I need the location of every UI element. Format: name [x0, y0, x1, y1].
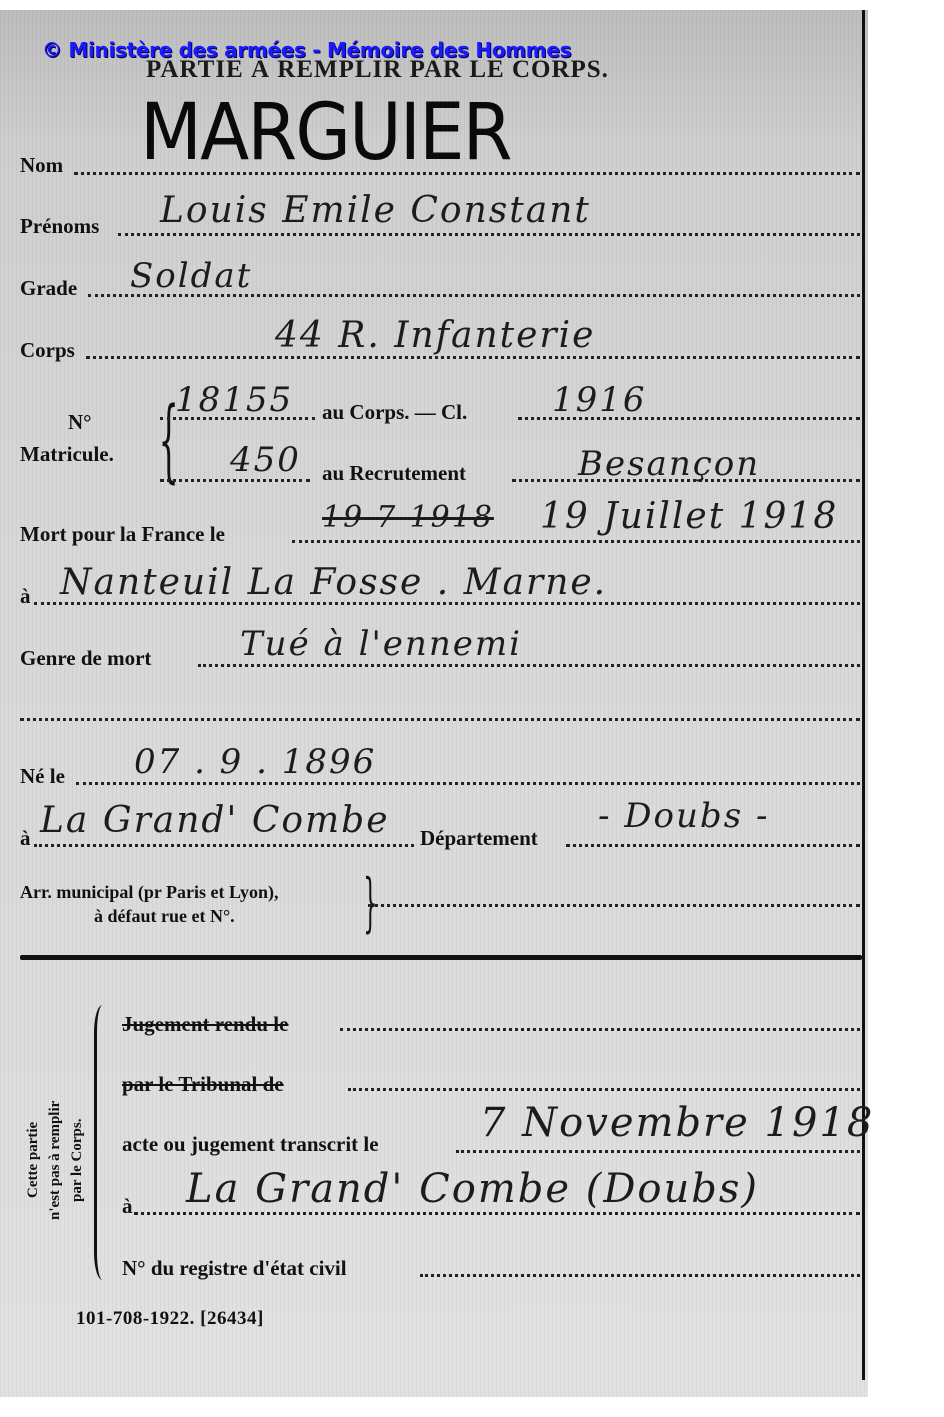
- lieu-mort-value: Nanteuil La Fosse . Marne.: [60, 562, 607, 603]
- arrondissement-brace: }: [363, 866, 377, 940]
- transcrit-label: acte ou jugement transcrit le: [122, 1132, 379, 1157]
- grade-label: Grade: [20, 276, 77, 301]
- transcrit-line: [456, 1150, 860, 1153]
- card-border-line: [862, 10, 865, 1380]
- judgement-brace: [94, 1005, 111, 1280]
- side-note: Cette partie n'est pas à remplir par le …: [22, 1050, 102, 1270]
- matricule-recrutement-value: 450: [230, 440, 301, 480]
- matricule-corps-label: au Corps. — Cl.: [322, 400, 467, 425]
- tribunal-label: par le Tribunal de: [122, 1072, 284, 1097]
- prenoms-label: Prénoms: [20, 214, 99, 239]
- classe-value: 1916: [552, 380, 647, 420]
- section-divider: [20, 955, 862, 960]
- genre-mort-line: [198, 664, 860, 667]
- side-note-line3: par le Corps.: [66, 1050, 88, 1270]
- departement-label: Département: [420, 826, 538, 851]
- arrondissement-label-line2: à défaut rue et N°.: [94, 906, 235, 927]
- nom-label: Nom: [20, 153, 63, 178]
- arrondissement-line: [368, 904, 860, 907]
- naissance-line: [76, 782, 860, 785]
- tribunal-line: [348, 1088, 860, 1091]
- jugement-line: [340, 1028, 860, 1031]
- corps-line: [86, 356, 860, 359]
- registre-line: [420, 1274, 860, 1277]
- registre-label: N° du registre d'état civil: [122, 1256, 347, 1281]
- side-note-line2: n'est pas à remplir: [44, 1050, 66, 1270]
- jugement-label: Jugement rendu le: [122, 1012, 288, 1037]
- naissance-label: Né le: [20, 764, 65, 789]
- lieu-naissance-label: à: [20, 826, 31, 851]
- genre-mort-label: Genre de mort: [20, 646, 151, 671]
- recrutement-place-value: Besançon: [578, 444, 760, 484]
- side-note-line1: Cette partie: [22, 1050, 44, 1270]
- transcrit-lieu-value: La Grand' Combe (Doubs): [186, 1166, 759, 1212]
- transcrit-value: 7 Novembre 1918: [480, 1100, 874, 1146]
- transcrit-lieu-label: à: [122, 1194, 133, 1219]
- recrutement-label: au Recrutement: [322, 461, 466, 486]
- matricule-no-label: N°: [68, 410, 92, 435]
- transcrit-lieu-line: [134, 1212, 860, 1215]
- prenoms-value: Louis Emile Constant: [160, 190, 591, 231]
- matricule-corps-value: 18155: [175, 380, 293, 420]
- departement-line: [566, 844, 860, 847]
- departement-value: - Doubs -: [598, 796, 769, 836]
- form-reference: 101-708-1922. [26434]: [76, 1308, 264, 1330]
- lieu-mort-label: à: [20, 584, 31, 609]
- mort-value: 19 Juillet 1918: [540, 496, 838, 537]
- copyright-watermark: © Ministère des armées - Mémoire des Hom…: [42, 38, 571, 62]
- corps-value: 44 R. Infanterie: [275, 315, 595, 356]
- grade-value: Soldat: [130, 256, 252, 296]
- lieu-naissance-value: La Grand' Combe: [40, 800, 390, 841]
- genre-mort-value: Tué à l'ennemi: [240, 624, 522, 664]
- mort-label: Mort pour la France le: [20, 522, 225, 547]
- matricule-label: Matricule.: [20, 442, 114, 467]
- arrondissement-label-line1: Arr. municipal (pr Paris et Lyon),: [20, 882, 279, 903]
- prenoms-line: [118, 233, 860, 236]
- mort-struck-value: 19-7-1918: [322, 500, 494, 535]
- nom-value: MARGUIER: [140, 88, 511, 178]
- naissance-value: 07 . 9 . 1896: [134, 742, 376, 782]
- extra-line: [20, 718, 860, 721]
- mort-line: [292, 540, 860, 543]
- corps-label: Corps: [20, 338, 75, 363]
- lieu-naissance-line: [34, 844, 414, 847]
